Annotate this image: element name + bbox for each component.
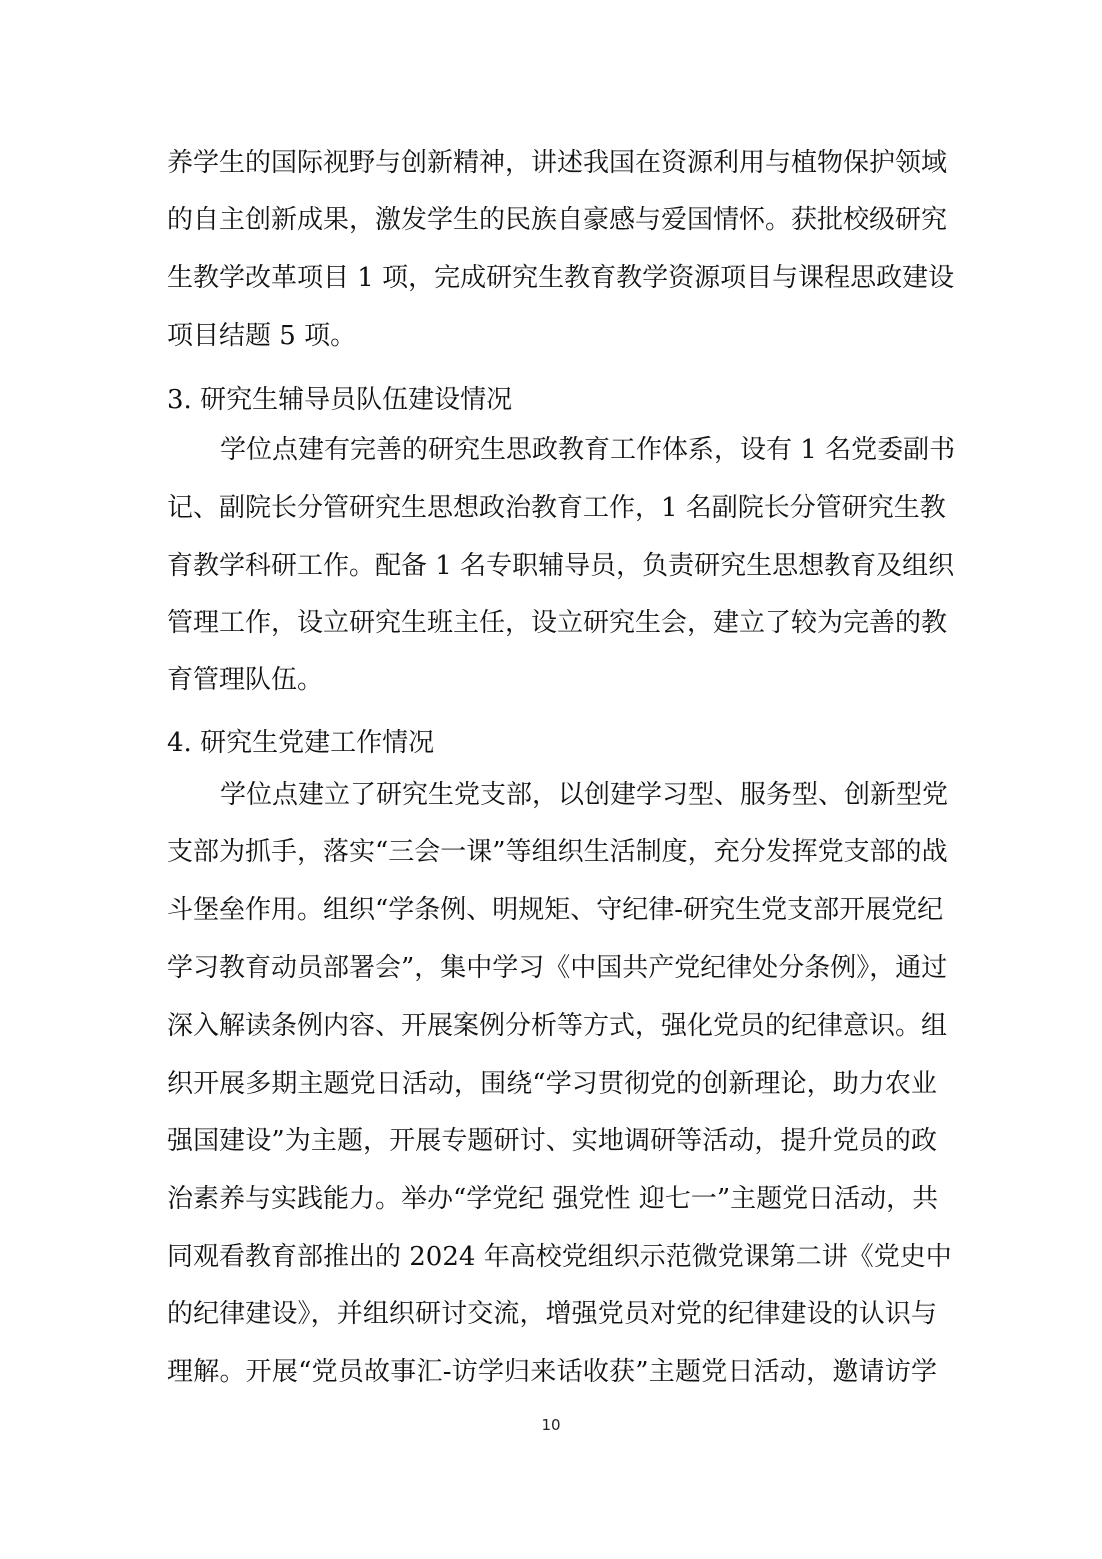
paragraph-line: 理解。开展“党员故事汇-访学归来话收获”主题党日活动，邀请访学	[167, 1352, 937, 1392]
paragraph-line: 深入解读条例内容、开展案例分析等方式，强化党员的纪律意识。组	[167, 1006, 937, 1046]
section-heading-party-building: 4. 研究生党建工作情况	[167, 723, 434, 763]
page-number: 10	[0, 1416, 1102, 1434]
paragraph-line: 的自主创新成果，激发学生的民族自豪感与爱国情怀。获批校级研究	[167, 200, 937, 240]
paragraph-line: 学位点建有完善的研究生思政教育工作体系，设有 1 名党委副书	[220, 430, 937, 470]
paragraph-line: 学位点建立了研究生党支部，以创建学习型、服务型、创新型党	[220, 775, 937, 815]
paragraph-line: 生教学改革项目 1 项，完成研究生教育教学资源项目与课程思政建设	[167, 258, 937, 298]
paragraph-line: 管理工作，设立研究生班主任，设立研究生会，建立了较为完善的教	[167, 603, 937, 643]
paragraph-line: 养学生的国际视野与创新精神，讲述我国在资源利用与植物保护领域	[167, 143, 937, 183]
paragraph-line: 斗堡垒作用。组织“学条例、明规矩、守纪律-研究生党支部开展党纪	[167, 890, 937, 930]
paragraph-line: 织开展多期主题党日活动，围绕“学习贯彻党的创新理论，助力农业	[167, 1064, 937, 1104]
document-page: 养学生的国际视野与创新精神，讲述我国在资源利用与植物保护领域 的自主创新成果，激…	[0, 0, 1102, 1559]
paragraph-line: 育教学科研工作。配备 1 名专职辅导员，负责研究生思想教育及组织	[167, 546, 937, 586]
paragraph-line: 治素养与实践能力。举办“学党纪 强党性 迎七一”主题党日活动，共	[167, 1179, 937, 1219]
paragraph-line: 同观看教育部推出的 2024 年高校党组织示范微党课第二讲《党史中	[167, 1237, 937, 1277]
paragraph-line: 的纪律建设》，并组织研讨交流，增强党员对党的纪律建设的认识与	[167, 1294, 937, 1334]
paragraph-line: 记、副院长分管研究生思想政治教育工作，1 名副院长分管研究生教	[167, 488, 937, 528]
paragraph-line: 项目结题 5 项。	[167, 316, 937, 356]
paragraph-line: 育管理队伍。	[167, 660, 937, 700]
section-heading-counselor-team: 3. 研究生辅导员队伍建设情况	[167, 380, 512, 420]
paragraph-line: 支部为抓手，落实“三会一课”等组织生活制度，充分发挥党支部的战	[167, 832, 937, 872]
paragraph-line: 学习教育动员部署会”，集中学习《中国共产党纪律处分条例》，通过	[167, 948, 937, 988]
paragraph-line: 强国建设”为主题，开展专题研讨、实地调研等活动，提升党员的政	[167, 1121, 937, 1161]
